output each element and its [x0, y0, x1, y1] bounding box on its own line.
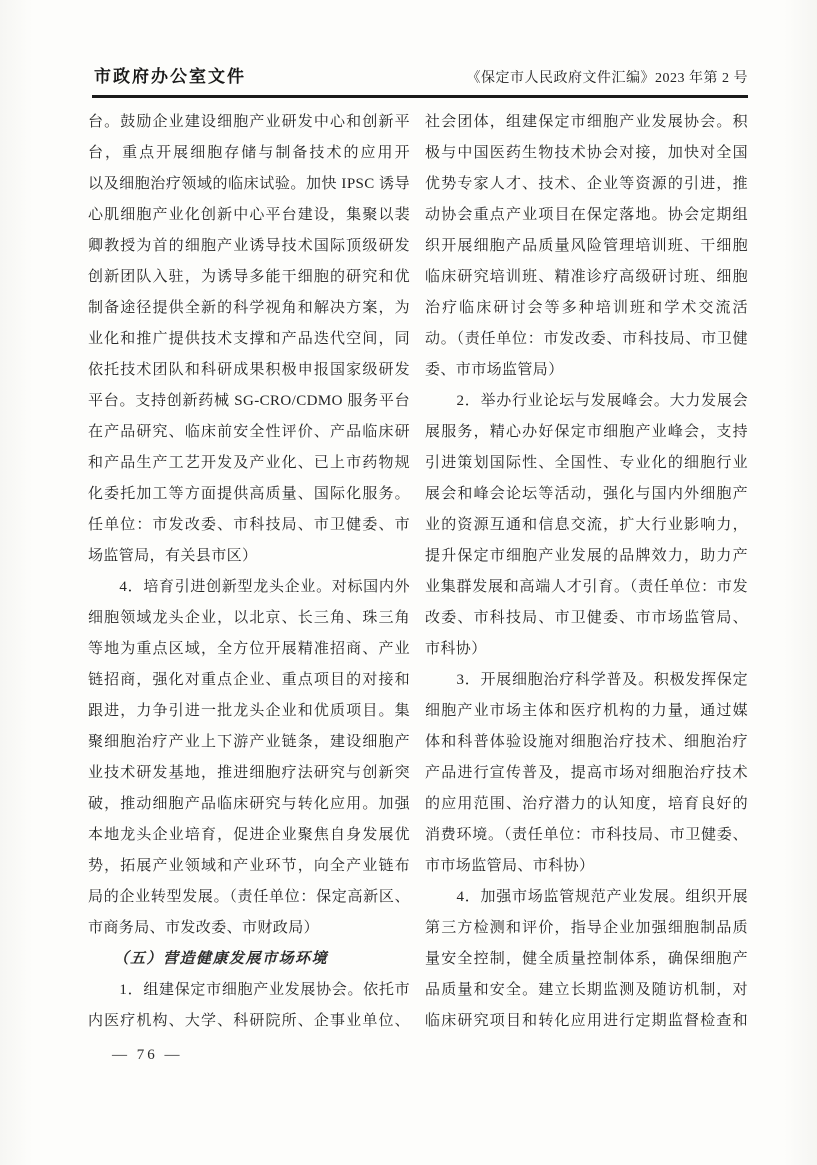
- text-line: 业的资源互通和信息交流，扩大行业影响力，: [425, 510, 748, 541]
- text-line: 破，推动细胞产品临床研究与转化应用。加强: [88, 789, 410, 820]
- text-line: 平台。支持创新药械 SG-CRO/CDMO 服务平台建设，: [88, 386, 410, 417]
- text-line: 在产品研究、临床前安全性评价、产品临床研究: [88, 417, 410, 448]
- text-line: 台。鼓励企业建设细胞产业研发中心和创新平: [88, 107, 410, 138]
- text-line: 展会和峰会论坛等活动，强化与国内外细胞产: [425, 479, 748, 510]
- text-line: 场监管局，有关县市区）: [88, 541, 410, 572]
- text-line: 织开展细胞产品质量风险管理培训班、干细胞: [425, 231, 748, 262]
- text-line: 局的企业转型发展。（责任单位：保定高新区、: [88, 882, 410, 913]
- text-line: （五）营造健康发展市场环境: [88, 944, 410, 975]
- text-line: 委、市市场监管局）: [425, 355, 748, 386]
- text-line: 台，重点开展细胞存储与制备技术的应用开发，: [88, 138, 410, 169]
- text-line: 细胞产业市场主体和医疗机构的力量，通过媒: [425, 696, 748, 727]
- text-line: 市市场监管局、市科协）: [425, 851, 748, 882]
- text-line: 心肌细胞产业化创新中心平台建设，集聚以裴端: [88, 200, 410, 231]
- text-line: 卿教授为首的细胞产业诱导技术国际顶级研发: [88, 231, 410, 262]
- text-line: 市科协）: [425, 634, 748, 665]
- text-line: 的应用范围、治疗潜力的认知度，培育良好的: [425, 789, 748, 820]
- text-line: 等地为重点区域，全方位开展精准招商、产业: [88, 634, 410, 665]
- text-line: 提升保定市细胞产业发展的品牌效力，助力产: [425, 541, 748, 572]
- text-column-left: 台。鼓励企业建设细胞产业研发中心和创新平台，重点开展细胞存储与制备技术的应用开发…: [88, 107, 410, 1037]
- text-line: 创新团队入驻，为诱导多能干细胞的研究和优化: [88, 262, 410, 293]
- text-line: 治疗临床研讨会等多种培训班和学术交流活: [425, 293, 748, 324]
- text-line: 聚细胞治疗产业上下游产业链条，建设细胞产: [88, 727, 410, 758]
- text-line: 2．举办行业论坛与发展峰会。大力发展会: [425, 386, 748, 417]
- text-line: 势，拓展产业领域和产业环节，向全产业链布: [88, 851, 410, 882]
- text-line: 市商务局、市发改委、市财政局）: [88, 913, 410, 944]
- text-line: 化委托加工等方面提供高质量、国际化服务。（责: [88, 479, 410, 510]
- text-line: 产品进行宣传普及，提高市场对细胞治疗技术: [425, 758, 748, 789]
- text-line: 业集群发展和高端人才引育。（责任单位：市发: [425, 572, 748, 603]
- text-line: 链招商，强化对重点企业、重点项目的对接和: [88, 665, 410, 696]
- text-line: 改委、市科技局、市卫健委、市市场监管局、: [425, 603, 748, 634]
- text-line: 业化和推广提供技术支撑和产品迭代空间，同时: [88, 324, 410, 355]
- text-line: 1．组建保定市细胞产业发展协会。依托市: [88, 975, 410, 1006]
- text-line: 内医疗机构、大学、科研院所、企事业单位、: [88, 1006, 410, 1037]
- text-column-right: 社会团体，组建保定市细胞产业发展协会。积极与中国医药生物技术协会对接，加快对全国…: [425, 107, 748, 1037]
- text-line: 细胞领域龙头企业，以北京、长三角、珠三角: [88, 603, 410, 634]
- text-line: 3．开展细胞治疗科学普及。积极发挥保定: [425, 665, 748, 696]
- text-line: 动。（责任单位：市发改委、市科技局、市卫健: [425, 324, 748, 355]
- header-left-title: 市政府办公室文件: [94, 62, 246, 87]
- text-line: 引进策划国际性、全国性、专业化的细胞行业: [425, 448, 748, 479]
- text-line: 4．加强市场监管规范产业发展。组织开展: [425, 882, 748, 913]
- text-line: 本地龙头企业培育，促进企业聚焦自身发展优: [88, 820, 410, 851]
- page-header: 市政府办公室文件 《保定市人民政府文件汇编》2023 年第 2 号: [94, 62, 748, 87]
- text-line: 极与中国医药生物技术协会对接，加快对全国: [425, 138, 748, 169]
- text-line: 量安全控制，健全质量控制体系，确保细胞产: [425, 944, 748, 975]
- text-line: 临床研究培训班、精准诊疗高级研讨班、细胞: [425, 262, 748, 293]
- text-line: 第三方检测和评价，指导企业加强细胞制品质: [425, 913, 748, 944]
- text-line: 体和科普体验设施对细胞治疗技术、细胞治疗: [425, 727, 748, 758]
- text-line: 动协会重点产业项目在保定落地。协会定期组: [425, 200, 748, 231]
- document-page: 市政府办公室文件 《保定市人民政府文件汇编》2023 年第 2 号 台。鼓励企业…: [0, 0, 817, 1165]
- body-text: 台。鼓励企业建设细胞产业研发中心和创新平台，重点开展细胞存储与制备技术的应用开发…: [88, 107, 748, 1037]
- header-rule: [92, 95, 748, 98]
- text-line: 临床研究项目和转化应用进行定期监督检查和: [425, 1006, 748, 1037]
- text-line: 任单位：市发改委、市科技局、市卫健委、市市: [88, 510, 410, 541]
- text-line: 展服务，精心办好保定市细胞产业峰会，支持: [425, 417, 748, 448]
- text-line: 优势专家人才、技术、企业等资源的引进，推: [425, 169, 748, 200]
- text-line: 依托技术团队和科研成果积极申报国家级研发: [88, 355, 410, 386]
- text-line: 以及细胞治疗领域的临床试验。加快 IPSC 诱导: [88, 169, 410, 200]
- text-line: 消费环境。（责任单位：市科技局、市卫健委、: [425, 820, 748, 851]
- page-number: — 76 —: [112, 1047, 183, 1064]
- text-line: 制备途径提供全新的科学视角和解决方案，为产: [88, 293, 410, 324]
- text-line: 和产品生产工艺开发及产业化、已上市药物规模: [88, 448, 410, 479]
- header-right-title: 《保定市人民政府文件汇编》2023 年第 2 号: [467, 67, 749, 87]
- text-line: 品质量和安全。建立长期监测及随访机制，对: [425, 975, 748, 1006]
- text-line: 业技术研发基地，推进细胞疗法研究与创新突: [88, 758, 410, 789]
- text-line: 跟进，力争引进一批龙头企业和优质项目。集: [88, 696, 410, 727]
- text-line: 社会团体，组建保定市细胞产业发展协会。积: [425, 107, 748, 138]
- text-line: 4．培育引进创新型龙头企业。对标国内外: [88, 572, 410, 603]
